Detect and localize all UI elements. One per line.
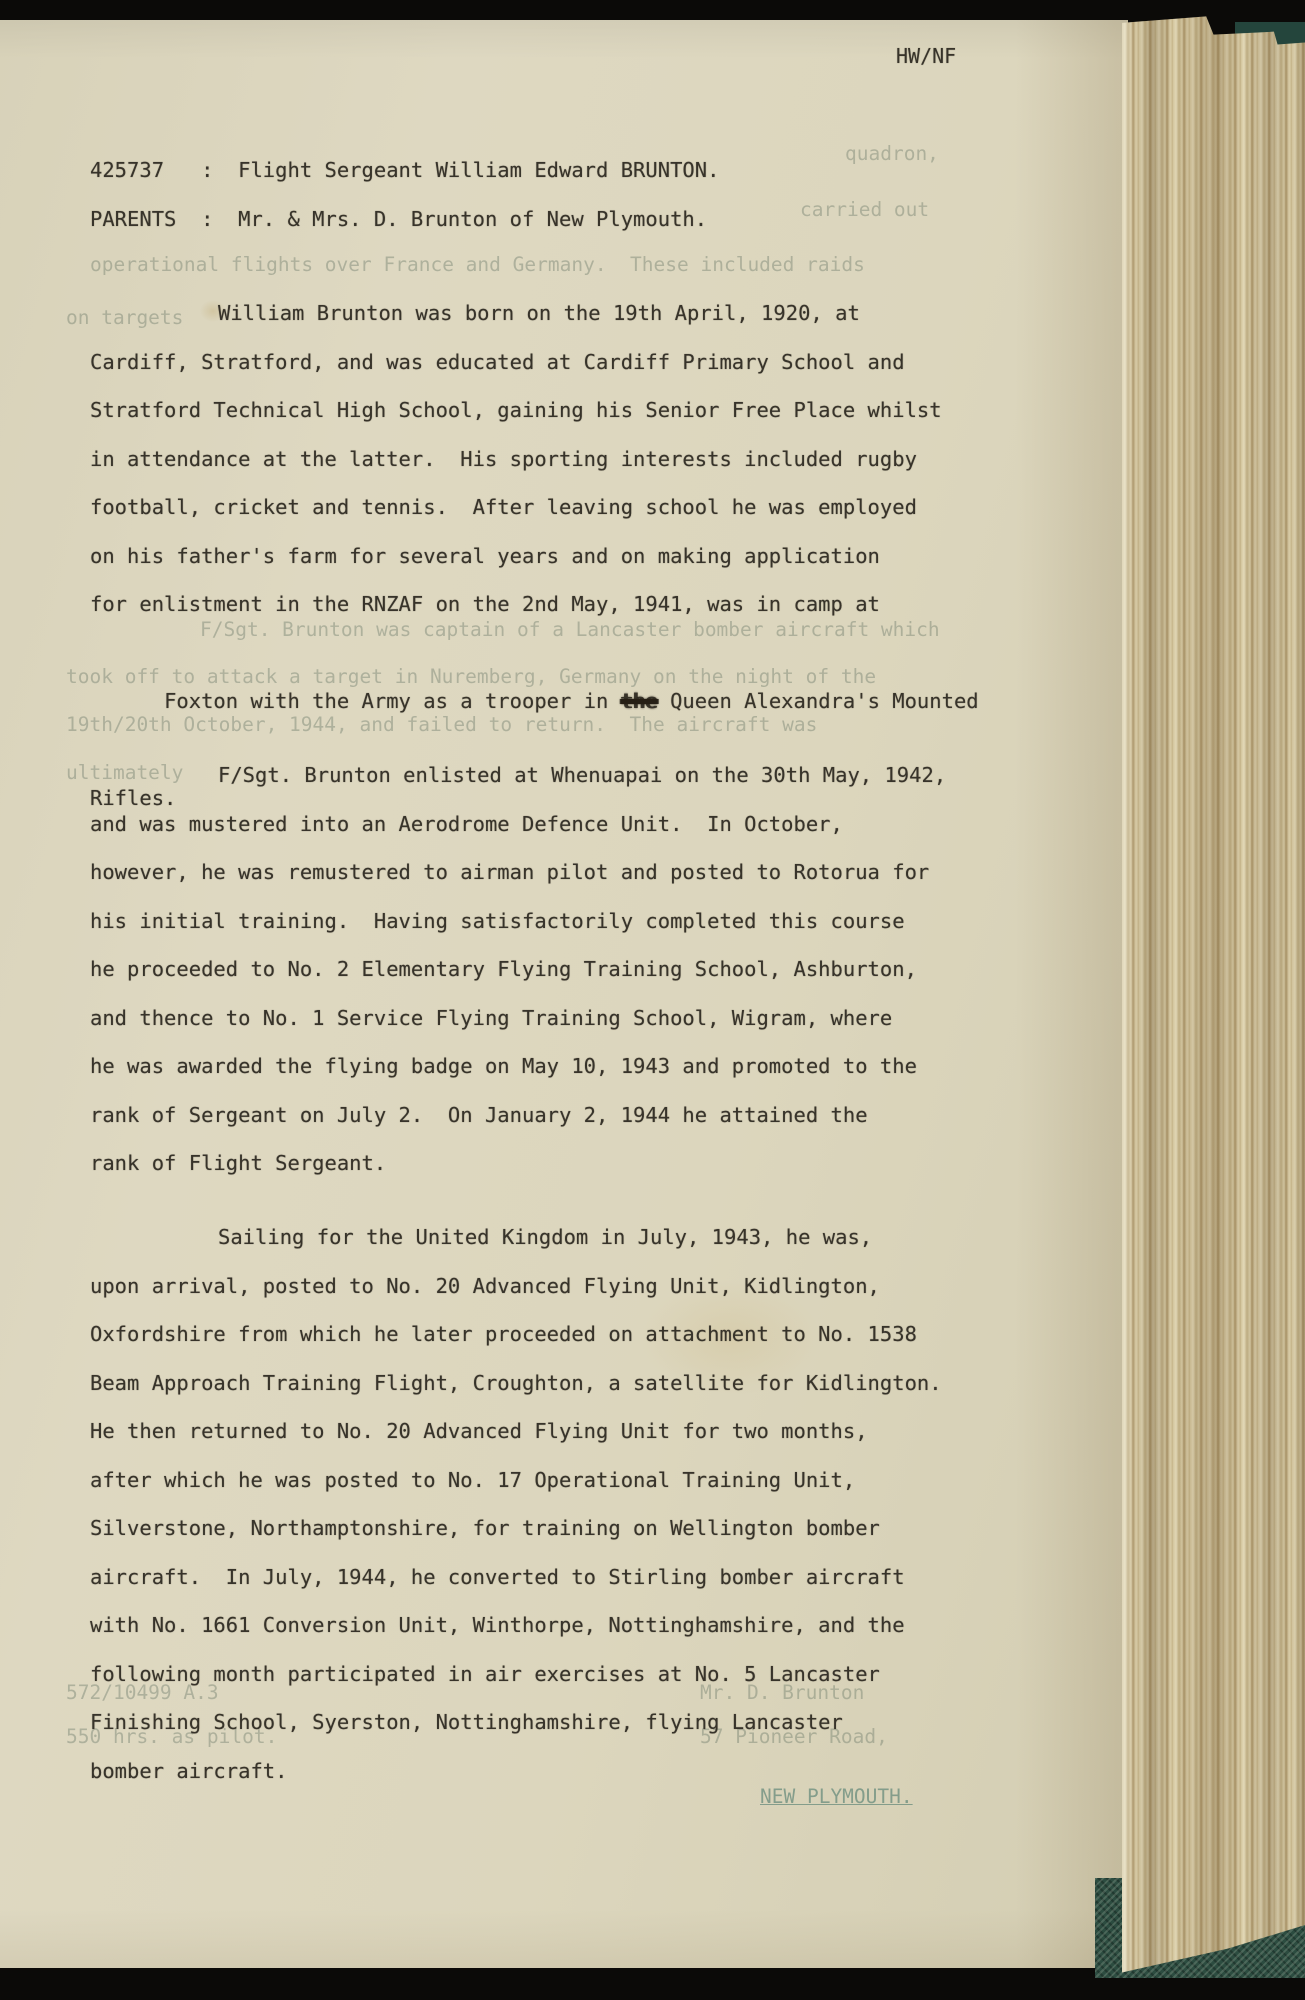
- paragraph-1: William Brunton was born on the 19th Apr…: [90, 289, 979, 823]
- body-line: rank of Sergeant on July 2. On January 2…: [90, 1091, 946, 1140]
- body-line: F/Sgt. Brunton enlisted at Whenuapai on …: [90, 751, 946, 800]
- body-line: however, he was remustered to airman pil…: [90, 848, 946, 897]
- service-number-line: 425737 : Flight Sergeant William Edward …: [90, 146, 719, 195]
- body-line: football, cricket and tennis. After leav…: [90, 483, 979, 532]
- book-scan-scene: quadron, carried out operational flights…: [0, 0, 1305, 2000]
- body-line: after which he was posted to No. 17 Oper…: [90, 1456, 942, 1505]
- body-line: upon arrival, posted to No. 20 Advanced …: [90, 1262, 942, 1311]
- body-line: bomber aircraft.: [90, 1747, 942, 1796]
- body-line: Cardiff, Stratford, and was educated at …: [90, 338, 979, 387]
- paragraph-2: F/Sgt. Brunton enlisted at Whenuapai on …: [90, 751, 946, 1188]
- body-line: following month participated in air exer…: [90, 1650, 942, 1699]
- body-text: Foxton with the Army as a trooper in: [164, 689, 621, 713]
- body-line: and was mustered into an Aerodrome Defen…: [90, 800, 946, 849]
- body-line: Sailing for the United Kingdom in July, …: [90, 1213, 942, 1262]
- bleed-through-text: operational flights over France and Germ…: [90, 253, 865, 277]
- body-line: He then returned to No. 20 Advanced Flyi…: [90, 1407, 942, 1456]
- parents-line: PARENTS : Mr. & Mrs. D. Brunton of New P…: [90, 195, 719, 244]
- body-line: Oxfordshire from which he later proceede…: [90, 1310, 942, 1359]
- body-line: in attendance at the latter. His sportin…: [90, 435, 979, 484]
- body-line: he proceeded to No. 2 Elementary Flying …: [90, 945, 946, 994]
- body-line: with No. 1661 Conversion Unit, Winthorpe…: [90, 1601, 942, 1650]
- bleed-through-text: carried out: [800, 198, 929, 222]
- body-line: Silverstone, Northamptonshire, for train…: [90, 1504, 942, 1553]
- body-text: Queen Alexandra's Mounted: [658, 689, 979, 713]
- body-line: Finishing School, Syerston, Nottinghamsh…: [90, 1698, 942, 1747]
- body-line: rank of Flight Sergeant.: [90, 1139, 946, 1188]
- body-line: and thence to No. 1 Service Flying Train…: [90, 994, 946, 1043]
- reference-code: HW/NF: [896, 44, 956, 68]
- body-line: Stratford Technical High School, gaining…: [90, 386, 979, 435]
- body-line: his initial training. Having satisfactor…: [90, 897, 946, 946]
- book-page-edges: [1122, 14, 1305, 1978]
- bleed-through-text: quadron,: [845, 142, 939, 166]
- struck-word: the: [621, 689, 658, 713]
- paragraph-3: Sailing for the United Kingdom in July, …: [90, 1213, 942, 1795]
- body-line: aircraft. In July, 1944, he converted to…: [90, 1553, 942, 1602]
- body-line: Beam Approach Training Flight, Croughton…: [90, 1359, 942, 1408]
- body-line: he was awarded the flying badge on May 1…: [90, 1042, 946, 1091]
- body-line: on his father's farm for several years a…: [90, 532, 979, 581]
- header-block: 425737 : Flight Sergeant William Edward …: [90, 146, 719, 243]
- body-line: William Brunton was born on the 19th Apr…: [90, 289, 979, 338]
- body-line: for enlistment in the RNZAF on the 2nd M…: [90, 580, 979, 629]
